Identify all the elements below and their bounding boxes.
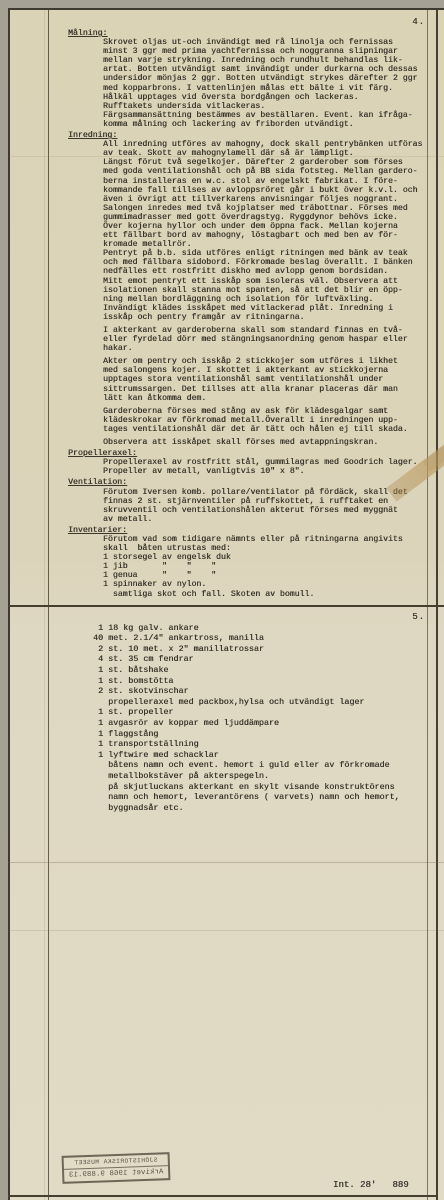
page-number: 5. [412, 612, 425, 622]
paragraph: Observera att isskåpet skall förses med … [103, 438, 427, 447]
fold-crease [8, 930, 444, 931]
archive-reference-number: Int. 28' 889 [333, 1180, 409, 1190]
inventory-list: 1 18 kg galv. ankare 40 met. 2.1/4" anka… [93, 623, 427, 814]
paragraph: Förutom vad som tidigare nämnts eller på… [103, 535, 427, 599]
paragraph: I akterkant av garderoberna skall som st… [103, 326, 427, 353]
section-heading: Propelleraxel: [68, 449, 427, 458]
bottom-border-line [8, 1195, 438, 1197]
fold-crease [8, 862, 444, 863]
section-heading: Inventarier: [68, 526, 427, 535]
paragraph: Garderoberna förses med stång av ask för… [103, 407, 427, 434]
page-number: 4. [412, 17, 425, 27]
stamp-archive-number: Arkivet 1968 9.889.13 [64, 1165, 168, 1181]
section-heading: Målning: [68, 29, 427, 38]
page-4: 4. Målning:Skrovet oljas ut-och invändig… [48, 8, 427, 599]
paragraph: Skrovet oljas ut-och invändigt med rå li… [103, 38, 427, 129]
paragraph: Förutom Iversen komb. pollare/ventilator… [103, 488, 427, 524]
paper-sheet: 4. Målning:Skrovet oljas ut-och invändig… [8, 8, 444, 1200]
section-heading: Ventilation: [68, 478, 427, 487]
archive-stamp: SJÖHISTORISKA MUSEET Arkivet 1968 9.889.… [62, 1152, 171, 1184]
page-4-sections: Målning:Skrovet oljas ut-och invändigt m… [48, 29, 427, 599]
document-content: 4. Målning:Skrovet oljas ut-och invändig… [48, 8, 427, 813]
paragraph: Propelleraxel av rostfritt stål, gummila… [103, 458, 427, 476]
section-heading: Inredning: [68, 131, 427, 140]
page-5: 5. 1 18 kg galv. ankare 40 met. 2.1/4" a… [48, 607, 427, 814]
paragraph: All inredning utföres av mahogny, dock s… [103, 140, 427, 322]
scanned-document: 4. Målning:Skrovet oljas ut-och invändig… [0, 0, 444, 1200]
paragraph: Akter om pentry och isskåp 2 stickkojer … [103, 357, 427, 402]
